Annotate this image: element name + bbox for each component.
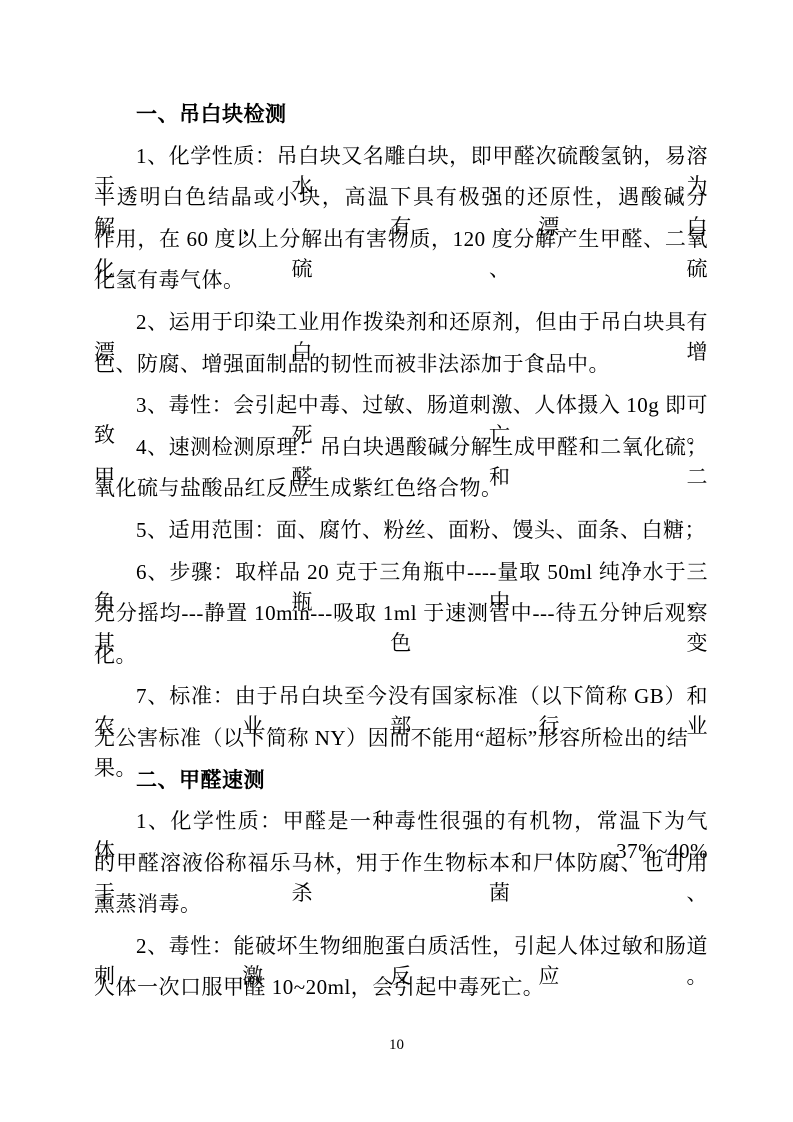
page-number: 10 [0, 1036, 793, 1054]
document-body: 一、吊白块检测1、化学性质：吊白块又名雕白块，即甲醛次硫酸氢钠，易溶于水、为半透… [94, 99, 708, 1014]
text-line: 5、适用范围：面、腐竹、粉丝、面粉、馒头、面条、白糖； [94, 515, 708, 557]
text-line: 作用，在 60 度以上分解出有害物质，120 度分解产生甲醛、二氧化硫、硫 [94, 224, 708, 266]
text-line: 7、标准：由于吊白块至今没有国家标准（以下简称 GB）和农业部行业 [94, 681, 708, 723]
document-page: 一、吊白块检测1、化学性质：吊白块又名雕白块，即甲醛次硫酸氢钠，易溶于水、为半透… [0, 0, 793, 1122]
section-heading: 一、吊白块检测 [94, 99, 708, 141]
text-line: 1、化学性质：甲醛是一种毒性很强的有机物，常温下为气体，37%~40% [94, 806, 708, 848]
text-line: 的甲醛溶液俗称福乐马林，用于作生物标本和尸体防腐、也可用于杀菌、 [94, 848, 708, 890]
text-line: 2、毒性：能破坏生物细胞蛋白质活性，引起人体过敏和肠道刺激反应。 [94, 931, 708, 973]
text-line: 6、步骤：取样品 20 克于三角瓶中----量取 50ml 纯净水于三角瓶中、 [94, 557, 708, 599]
text-line: 4、速测检测原理：吊白块遇酸碱分解生成甲醛和二氧化硫；甲醛和二 [94, 432, 708, 474]
text-line: 半透明白色结晶或小块，高温下具有极强的还原性，遇酸碱分解，有漂白 [94, 182, 708, 224]
text-line: 无公害标准（以下简称 NY）因而不能用“超标”形容所检出的结果。 [94, 723, 708, 765]
section-heading: 二、甲醛速测 [94, 765, 708, 807]
text-line: 充分摇均---静置 10min---吸取 1ml 于速测管中---待五分钟后观察… [94, 598, 708, 640]
text-line: 2、运用于印染工业用作拨染剂和还原剂，但由于吊白块具有漂白、增 [94, 307, 708, 349]
text-line: 3、毒性：会引起中毒、过敏、肠道刺激、人体摄入 10g 即可致死亡。 [94, 390, 708, 432]
text-line: 1、化学性质：吊白块又名雕白块，即甲醛次硫酸氢钠，易溶于水、为 [94, 141, 708, 183]
